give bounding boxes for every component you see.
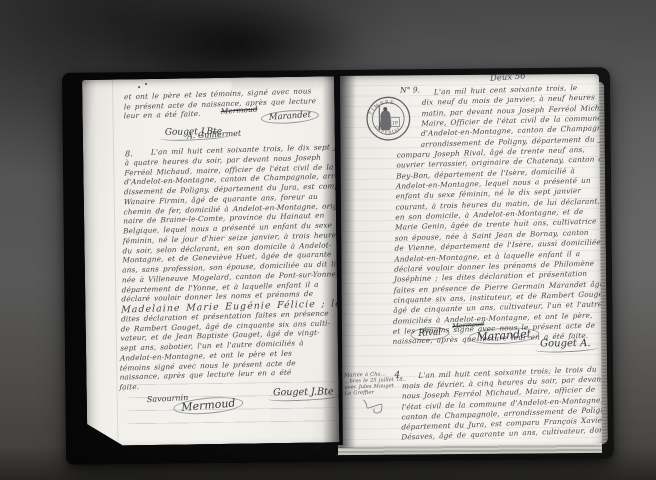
stamp-figure-icon bbox=[383, 107, 387, 111]
margin-note-line: Le Greffier bbox=[345, 389, 401, 397]
entry-number: 4 bbox=[394, 371, 400, 381]
ink-speck bbox=[145, 83, 147, 85]
stamp-value: 1F bbox=[392, 121, 399, 127]
handwritten-line: cinquante six ans, instituteur, et de Ra… bbox=[393, 290, 589, 306]
handwritten-line: Maire, Officier de l'état civil de la co… bbox=[421, 114, 593, 130]
handwritten-line: en son domicile, à Andelot-en-Montagne, … bbox=[395, 207, 591, 223]
birth-act-body: L'an mil huit cent soixante trois, le tr… bbox=[401, 364, 600, 442]
revenue-stamp: TIMBRE IMPÉRIAL 1F bbox=[365, 95, 411, 141]
handwritten-line: et les témoins signé avec nous le présen… bbox=[393, 321, 589, 337]
paraphe-stroke bbox=[364, 400, 383, 413]
folio-annotation: Deux 56 bbox=[490, 74, 526, 84]
handwritten-line: dix neuf du mois de janvier, à neuf heur… bbox=[422, 93, 594, 109]
signature: A. Guillermet bbox=[187, 129, 242, 141]
bottom-vignette bbox=[0, 446, 656, 480]
handwritten-line: Andelot-en-Montagne, lequel nous a prése… bbox=[396, 176, 592, 192]
handwritten-line: L'an mil huit cent soixante trois, le bbox=[434, 83, 594, 98]
right-page: Deux 56 TIMBRE IMPÉRIAL 1F N° 9. L'an mi… bbox=[340, 74, 602, 446]
handwritten-line: domiciliés à Andelot-en-Montagne, et ont… bbox=[393, 310, 589, 326]
stamp-outer-ring bbox=[367, 97, 410, 140]
photo-of-register: et ont le père et les témoins, signé ave… bbox=[0, 0, 656, 480]
handwritten-line: canton de Champagnole, arrondissement de… bbox=[401, 405, 599, 422]
handwritten-line: courant, à trois heures du matin, de lui… bbox=[395, 196, 591, 212]
handwritten-line: Désaves, âgé de quarante un ans, cultiva… bbox=[401, 426, 599, 443]
margin-note-line: …bres le 25 juillet 18.. bbox=[344, 377, 400, 385]
stamp-rim-text: IMPÉRIAL bbox=[374, 124, 402, 135]
stamp-figure-icon bbox=[380, 110, 392, 130]
handwritten-line: comparu Joseph Rival, âgé de trente neuf… bbox=[397, 145, 593, 161]
handwritten-line: mois de février, à cinq heures du soir, … bbox=[402, 375, 600, 392]
handwritten-line: L'an mil huit cent soixante trois, le tr… bbox=[418, 364, 600, 381]
handwritten-line: Bey-Bon, département de l'Isère, domicil… bbox=[396, 165, 592, 181]
margin-note-paraphe bbox=[361, 398, 387, 416]
handwritten-line: Joséphine ; les dites déclaration et pré… bbox=[394, 269, 590, 285]
signature: Rival bbox=[410, 326, 450, 341]
signature: Gouget J.Bte bbox=[273, 386, 334, 398]
handwritten-line: matin, par devant nous Joseph Ferréol Mi… bbox=[421, 103, 593, 119]
margin-note-line: avec Jules Mauget bbox=[344, 383, 400, 391]
stamp-value-box bbox=[391, 118, 400, 127]
birth-act-body: L'an mil huit cent soixante trois, le di… bbox=[119, 142, 333, 392]
margin-note: Mariée à Cha……bres le 25 juillet 18..ave… bbox=[344, 371, 401, 397]
margin-note-line: Mariée à Cha… bbox=[344, 371, 400, 379]
handwritten-line: naissance, après que lecture leur en a é… bbox=[392, 331, 588, 347]
handwritten-line: département du Jura, est comparu Françoi… bbox=[401, 415, 599, 432]
entry-number: N° 9. bbox=[400, 85, 420, 94]
handwritten-line: déclaré vouloir donner les prénoms de Ph… bbox=[394, 259, 590, 275]
signature: Gouget A. bbox=[540, 338, 590, 349]
margin-rule bbox=[112, 80, 118, 446]
handwritten-line: arrondissement de Poligny, département d… bbox=[421, 134, 593, 150]
handwritten-line: son épouse, née à Saint Jean de Bornay, … bbox=[395, 228, 591, 244]
handwritten-line: d'Andelot-en-Montagne, canton de Champag… bbox=[421, 124, 593, 140]
signature: Marandet bbox=[468, 326, 540, 346]
handwritten-line: Andelot-en-Montagne, et à laquelle enfan… bbox=[394, 248, 590, 264]
left-page: et ont le père et les témoins, signé ave… bbox=[82, 76, 339, 446]
handwritten-line: faites en présence de Pierre Germain Mar… bbox=[394, 279, 590, 295]
handwritten-line: l'état civil de la commune d'Andelot-en-… bbox=[402, 395, 600, 412]
signature: Mermoud bbox=[452, 320, 485, 330]
handwritten-line: Marie Genin, âgée de trente huit ans, cu… bbox=[395, 217, 591, 233]
stamp-rim-text: TIMBRE bbox=[368, 99, 395, 116]
ink-speck bbox=[138, 86, 140, 88]
handwritten-line: enfant du sexe féminin, né le dix sept j… bbox=[396, 186, 592, 202]
handwritten-line: de Vienne, département de l'Isère, aussi… bbox=[394, 238, 590, 254]
handwritten-line: âgé de cinquante un ans, cultivateur, l'… bbox=[393, 300, 589, 316]
birth-act-body: L'an mil huit cent soixante trois, ledix… bbox=[392, 83, 594, 348]
stamp-inner-ring bbox=[372, 103, 404, 135]
handwritten-line: ouvrier terrassier, originaire de Chaten… bbox=[396, 155, 592, 171]
handwritten-line: nous Joseph Ferréol Michaud, Maire, offi… bbox=[402, 385, 600, 402]
